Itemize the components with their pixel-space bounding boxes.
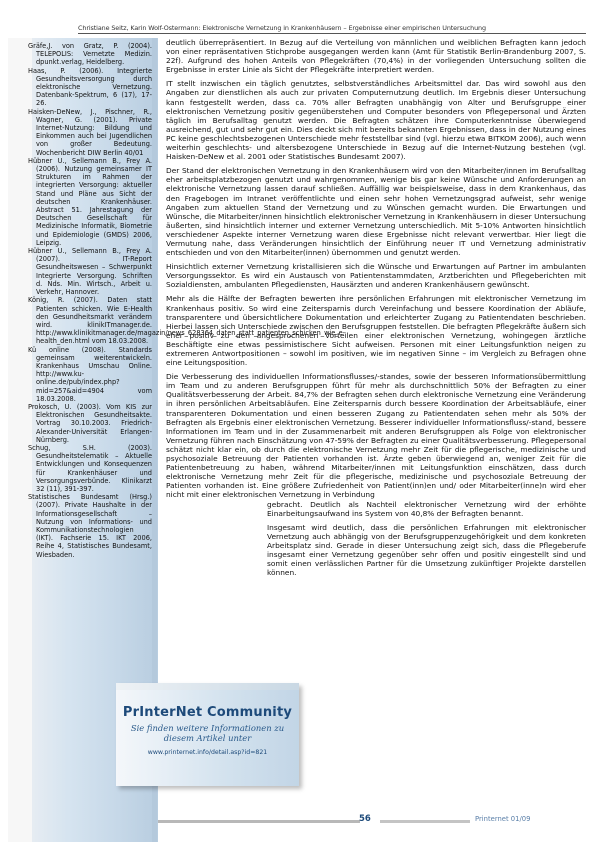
reference-item: Haisken-DeNew, J., Pischner, R., Wagner,… — [28, 108, 152, 157]
reference-list: Gräfe,J. von Gratz, P. (2004). TELEPOLIS… — [28, 42, 152, 559]
box-subtitle: Sie finden weitere Informationen zu dies… — [116, 723, 299, 743]
reference-item: Schug, S.H. (2003). Gesundheitstelematik… — [28, 444, 152, 493]
box-title: PrInterNet Community — [116, 705, 299, 720]
running-header: Christiane Seitz, Karin Wolf-Ostermann: … — [78, 24, 586, 34]
box-top-bar — [116, 683, 299, 690]
body-paragraph: Mehr als die Hälfte der Befragten bewert… — [166, 294, 586, 367]
reference-item: Kü online (2008). Standards gemeinsam we… — [28, 346, 152, 403]
body-paragraph: Die Verbesserung des individuellen Infor… — [166, 372, 586, 499]
body-paragraph: IT stellt inzwischen ein täglich genutzt… — [166, 79, 586, 161]
footer-rule-left — [158, 820, 360, 823]
body-paragraph: Der Stand der elektronischen Vernetzung … — [166, 166, 586, 257]
page-number: 56 — [359, 814, 371, 824]
reference-item: Hübner U., Sellemann B., Frey A. (2007).… — [28, 247, 152, 296]
community-info-box: PrInterNet Community Sie finden weitere … — [116, 683, 299, 786]
body-paragraph: gebracht. Deutlich als Nachteil elektron… — [267, 500, 586, 518]
reference-item: Hübner U., Sellemann B., Frey A. (2006).… — [28, 157, 152, 247]
body-paragraph: deutlich überrepräsentiert. In Bezug auf… — [166, 38, 586, 74]
box-url-link[interactable]: www.printernet.info/detail.asp?id=821 — [116, 749, 299, 756]
reference-item: Gräfe,J. von Gratz, P. (2004). TELEPOLIS… — [28, 42, 152, 67]
reference-item: König, R. (2007). Daten statt Patienten … — [28, 296, 152, 345]
reference-item: Haas, P. (2006). Integrierte Gesundheits… — [28, 67, 152, 108]
journal-name: Printernet 01/09 — [475, 815, 530, 823]
article-body: deutlich überrepräsentiert. In Bezug auf… — [166, 38, 586, 582]
body-paragraph: Insgesamt wird deutlich, dass die persön… — [267, 523, 586, 578]
body-paragraph: Hinsichtlich externer Vernetzung kristal… — [166, 262, 586, 289]
footer-rule-right — [380, 820, 470, 823]
reference-item: Prokosch, U. (2003). Vom KIS zur Elektro… — [28, 403, 152, 444]
reference-item: Statistisches Bundesamt (Hrsg.) (2007). … — [28, 493, 152, 559]
